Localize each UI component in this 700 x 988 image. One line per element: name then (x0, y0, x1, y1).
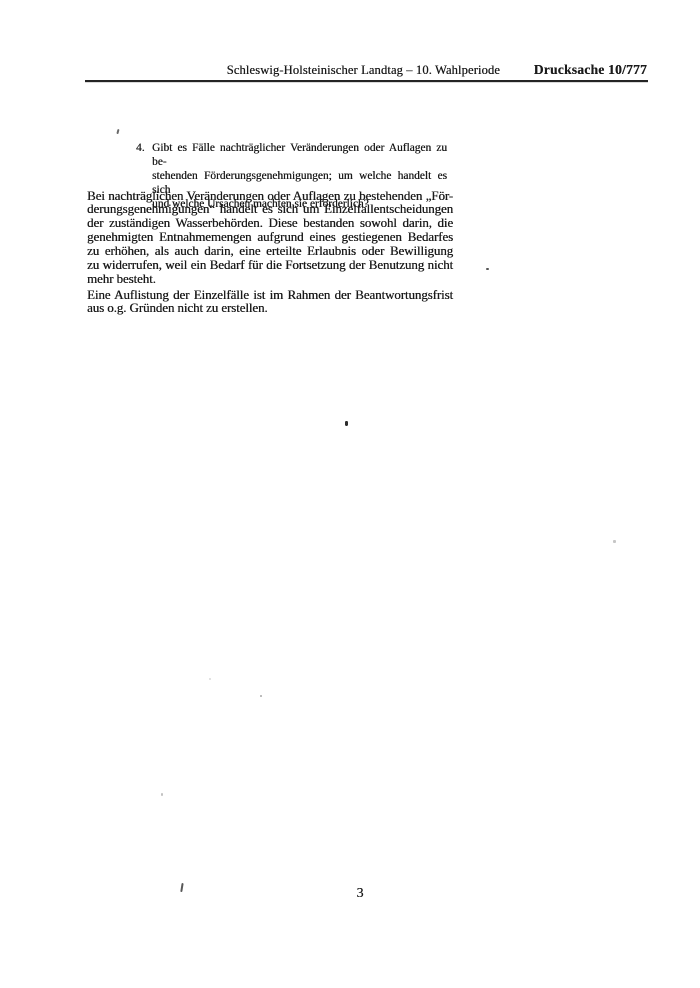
body-line: Bei nachträglichen Veränderungen oder Au… (87, 189, 453, 203)
header-journal-title: Schleswig-Holsteinischer Landtag – 10. W… (227, 63, 500, 78)
scan-artifact (260, 695, 262, 697)
question-number: 4. (136, 142, 145, 156)
scan-artifact (613, 540, 616, 543)
question-line: Gibt es Fälle nachträglicher Veränderung… (152, 142, 447, 170)
scan-artifact (486, 268, 489, 270)
header-rule (85, 80, 648, 82)
scan-artifact (209, 678, 211, 680)
answer-paragraph-1: Bei nachträglichen Veränderungen oder Au… (87, 189, 453, 286)
document-page: Schleswig-Holsteinischer Landtag – 10. W… (0, 0, 700, 988)
body-line: der zuständigen Wasserbehörden. Diese be… (87, 216, 453, 230)
scan-artifact (116, 129, 119, 134)
body-line: Eine Auflistung der Einzelfälle ist im R… (87, 288, 453, 302)
body-line: genehmigten Entnahmemengen aufgrund eine… (87, 230, 453, 244)
scan-artifact (161, 793, 163, 796)
answer-paragraph-2: Eine Auflistung der Einzelfälle ist im R… (87, 288, 453, 316)
answer-body: Bei nachträglichen Veränderungen oder Au… (87, 189, 453, 316)
scan-artifact (180, 883, 183, 892)
body-line: zu erhöhen, als auch darin, eine erteilt… (87, 244, 453, 258)
header-doc-number: Drucksache 10/777 (534, 62, 647, 78)
body-line: aus o.g. Gründen nicht zu erstellen. (87, 301, 453, 315)
body-line: zu widerrufen, weil ein Bedarf für die F… (87, 258, 453, 272)
scan-artifact (345, 421, 348, 426)
page-number: 3 (340, 886, 380, 902)
body-line: derungsgenehmigungen“ handelt es sich um… (87, 202, 453, 216)
body-line: mehr besteht. (87, 272, 453, 286)
